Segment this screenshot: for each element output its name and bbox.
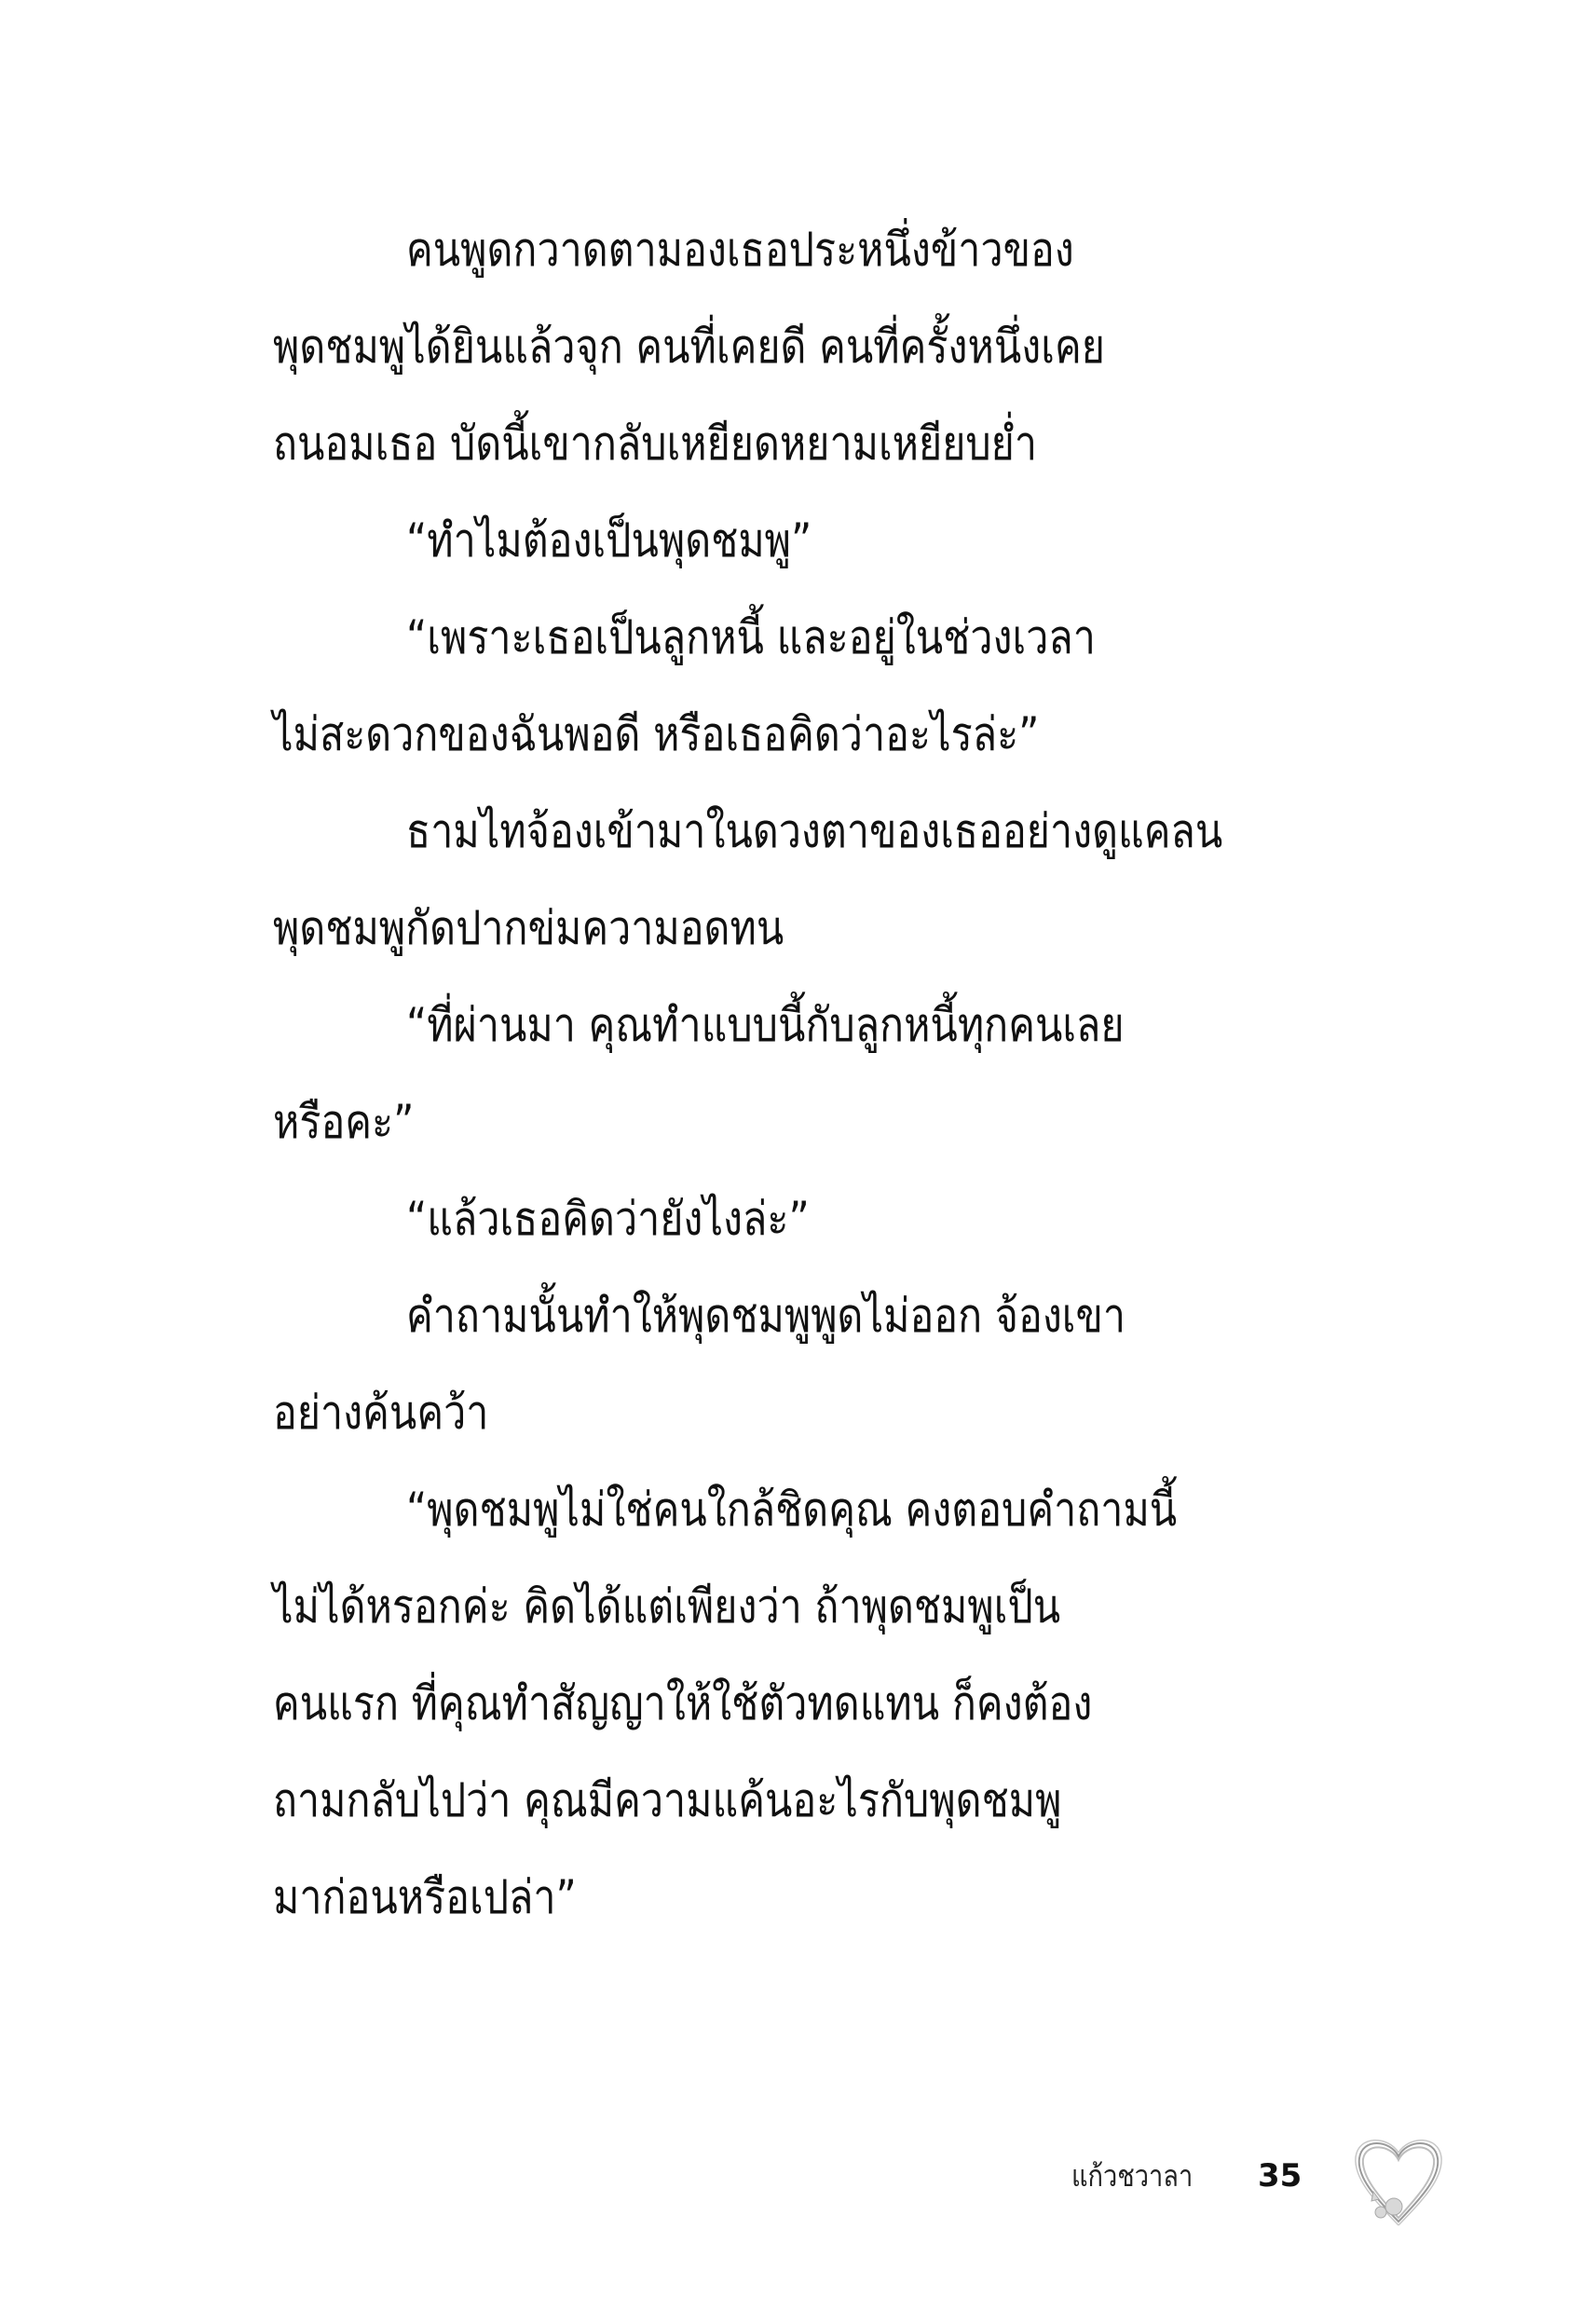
text-line: ถามกลับไปว่า คุณมีความแค้นอะไรกับพุดชมพู bbox=[273, 1752, 1412, 1849]
text-line: คำถามนั้นทำให้พุดชมพูพูดไม่ออก จ้องเขา bbox=[273, 1267, 1412, 1364]
page-number: 35 bbox=[1258, 2157, 1302, 2195]
text-line: ธามไทจ้องเข้ามาในดวงตาของเธออย่างดูแคลน bbox=[273, 783, 1412, 880]
heart-wreath-icon bbox=[1353, 2134, 1444, 2227]
text-line: พุดชมพูกัดปากข่มความอดทน bbox=[273, 880, 1412, 977]
text-line: “พุดชมพูไม่ใช่คนใกล้ชิดคุณ คงตอบคำถามนี้ bbox=[273, 1461, 1412, 1558]
text-line: “แล้วเธอคิดว่ายังไงล่ะ” bbox=[273, 1170, 1412, 1267]
text-line: คนพูดกวาดตามองเธอประหนึ่งข้าวของ bbox=[273, 201, 1412, 298]
text-line: ถนอมเธอ บัดนี้เขากลับเหยียดหยามเหยียบย่ำ bbox=[273, 395, 1412, 492]
text-line: พุดชมพูได้ยินแล้วจุก คนที่เคยดี คนที่ครั… bbox=[273, 298, 1412, 395]
text-line: มาก่อนหรือเปล่า” bbox=[273, 1849, 1412, 1946]
book-title: แก้วชวาลา bbox=[1071, 2153, 1207, 2200]
text-line: ไม่ได้หรอกค่ะ คิดได้แต่เพียงว่า ถ้าพุดชม… bbox=[273, 1558, 1412, 1655]
text-line: “เพราะเธอเป็นลูกหนี้ และอยู่ในช่วงเวลา bbox=[273, 589, 1412, 686]
text-line: “ทำไมต้องเป็นพุดชมพู” bbox=[273, 492, 1412, 589]
page-footer: แก้วชวาลา 35 bbox=[1071, 2143, 1302, 2208]
text-line: ไม่สะดวกของฉันพอดี หรือเธอคิดว่าอะไรล่ะ” bbox=[273, 686, 1412, 783]
book-page: คนพูดกวาดตามองเธอประหนึ่งข้าวของ พุดชมพู… bbox=[0, 0, 1596, 2311]
text-line: คนแรก ที่คุณทำสัญญาให้ใช้ตัวทดแทน ก็คงต้… bbox=[273, 1655, 1412, 1752]
text-line: หรือคะ” bbox=[273, 1073, 1412, 1170]
text-line: “ที่ผ่านมา คุณทำแบบนี้กับลูกหนี้ทุกคนเลย bbox=[273, 977, 1412, 1073]
body-text: คนพูดกวาดตามองเธอประหนึ่งข้าวของ พุดชมพู… bbox=[273, 201, 1412, 1946]
text-line: อย่างค้นคว้า bbox=[273, 1364, 1412, 1461]
